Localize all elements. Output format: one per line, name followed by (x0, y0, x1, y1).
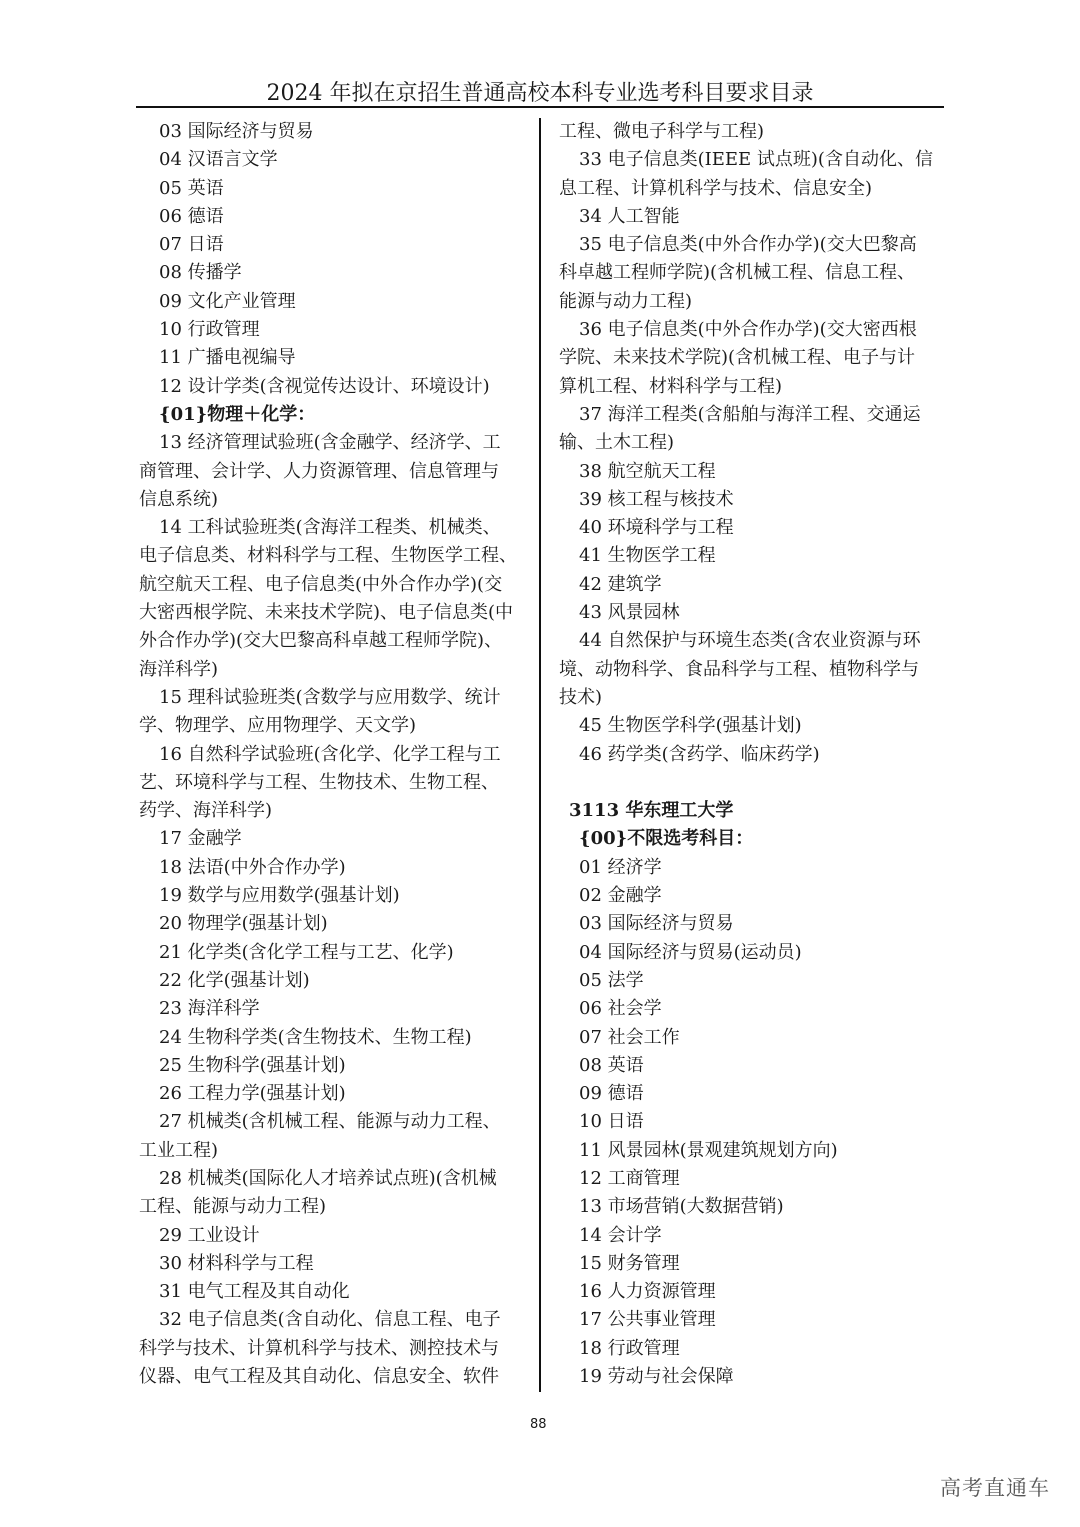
list-item: 技术) (559, 684, 943, 712)
list-item: 36 电子信息类(中外合作办学)(交大密西根 (559, 316, 943, 344)
list-item: 11 风景园林(景观建筑规划方向) (559, 1137, 943, 1165)
list-item: 工程、微电子科学与工程) (559, 118, 943, 146)
list-item: 13 市场营销(大数据营销) (559, 1193, 943, 1221)
list-item: 43 风景园林 (559, 599, 943, 627)
list-item: 15 财务管理 (559, 1250, 943, 1278)
list-item: 08 传播学 (139, 259, 523, 287)
list-item: 科学与技术、计算机科学与技术、测控技术与 (139, 1335, 523, 1363)
list-item: 14 会计学 (559, 1222, 943, 1250)
list-item: 03 国际经济与贸易 (139, 118, 523, 146)
list-item: 23 海洋科学 (139, 995, 523, 1023)
list-item: 35 电子信息类(中外合作办学)(交大巴黎高 (559, 231, 943, 259)
spacer (559, 769, 943, 797)
list-item: 算机工程、材料科学与工程) (559, 373, 943, 401)
list-item: 27 机械类(含机械工程、能源与动力工程、 (139, 1108, 523, 1136)
list-item: 09 德语 (559, 1080, 943, 1108)
list-item: 仪器、电气工程及其自动化、信息安全、软件 (139, 1363, 523, 1391)
list-item: 电子信息类、材料科学与工程、生物医学工程、 (139, 542, 523, 570)
list-item: 22 化学(强基计划) (139, 967, 523, 995)
list-item: 16 自然科学试验班(含化学、化学工程与工 (139, 741, 523, 769)
list-item: 12 工商管理 (559, 1165, 943, 1193)
list-item: 05 法学 (559, 967, 943, 995)
page-title: 2024 年拟在京招生普通高校本科专业选考科目要求目录 (136, 76, 944, 107)
list-item: 航空航天工程、电子信息类(中外合作办学)(交 (139, 571, 523, 599)
list-item: 30 材料科学与工程 (139, 1250, 523, 1278)
list-item: 14 工科试验班类(含海洋工程类、机械类、 (139, 514, 523, 542)
column-divider (539, 118, 541, 1392)
list-item: 输、土木工程) (559, 429, 943, 457)
list-item: 21 化学类(含化学工程与工艺、化学) (139, 939, 523, 967)
list-item: 10 行政管理 (139, 316, 523, 344)
list-item: 34 人工智能 (559, 203, 943, 231)
right-column: 工程、微电子科学与工程)33 电子信息类(IEEE 试点班)(含自动化、信息工程… (559, 118, 943, 1391)
list-item: 02 金融学 (559, 882, 943, 910)
list-item: 33 电子信息类(IEEE 试点班)(含自动化、信 (559, 146, 943, 174)
list-item: 药学、海洋科学) (139, 797, 523, 825)
list-item: 学、物理学、应用物理学、天文学) (139, 712, 523, 740)
list-item: 20 物理学(强基计划) (139, 910, 523, 938)
list-item: 31 电气工程及其自动化 (139, 1278, 523, 1306)
list-item: 19 劳动与社会保障 (559, 1363, 943, 1391)
list-item: 41 生物医学工程 (559, 542, 943, 570)
list-item: 11 广播电视编导 (139, 344, 523, 372)
list-item: 16 人力资源管理 (559, 1278, 943, 1306)
list-item: 44 自然保护与环境生态类(含农业资源与环 (559, 627, 943, 655)
list-item: 42 建筑学 (559, 571, 943, 599)
subject-group-heading: {00}不限选考科目： (559, 825, 943, 853)
list-item: 04 国际经济与贸易(运动员) (559, 939, 943, 967)
subject-group-heading: {01}物理＋化学： (139, 401, 523, 429)
page-number: 88 (530, 1417, 547, 1432)
watermark: 高考直通车 (940, 1472, 1050, 1502)
list-item: 25 生物科学(强基计划) (139, 1052, 523, 1080)
list-item: 26 工程力学(强基计划) (139, 1080, 523, 1108)
list-item: 45 生物医学科学(强基计划) (559, 712, 943, 740)
list-item: 29 工业设计 (139, 1222, 523, 1250)
list-item: 40 环境科学与工程 (559, 514, 943, 542)
list-item: 08 英语 (559, 1052, 943, 1080)
list-item: 39 核工程与核技术 (559, 486, 943, 514)
list-item: 28 机械类(国际化人才培养试点班)(含机械 (139, 1165, 523, 1193)
list-item: 46 药学类(含药学、临床药学) (559, 741, 943, 769)
list-item: 17 公共事业管理 (559, 1306, 943, 1334)
list-item: 19 数学与应用数学(强基计划) (139, 882, 523, 910)
list-item: 07 社会工作 (559, 1024, 943, 1052)
list-item: 艺、环境科学与工程、生物技术、生物工程、 (139, 769, 523, 797)
list-item: 03 国际经济与贸易 (559, 910, 943, 938)
list-item: 04 汉语言文学 (139, 146, 523, 174)
list-item: 外合作办学)(交大巴黎高科卓越工程师学院)、 (139, 627, 523, 655)
list-item: 能源与动力工程) (559, 288, 943, 316)
list-item: 07 日语 (139, 231, 523, 259)
list-item: 32 电子信息类(含自动化、信息工程、电子 (139, 1306, 523, 1334)
list-item: 24 生物科学类(含生物技术、生物工程) (139, 1024, 523, 1052)
list-item: 境、动物科学、食品科学与工程、植物科学与 (559, 656, 943, 684)
list-item: 18 法语(中外合作办学) (139, 854, 523, 882)
list-item: 学院、未来技术学院)(含机械工程、电子与计 (559, 344, 943, 372)
list-item: 海洋科学) (139, 656, 523, 684)
list-item: 13 经济管理试验班(含金融学、经济学、工 (139, 429, 523, 457)
list-item: 商管理、会计学、人力资源管理、信息管理与 (139, 458, 523, 486)
list-item: 01 经济学 (559, 854, 943, 882)
list-item: 17 金融学 (139, 825, 523, 853)
list-item: 息工程、计算机科学与技术、信息安全) (559, 175, 943, 203)
list-item: 12 设计学类(含视觉传达设计、环境设计) (139, 373, 523, 401)
university-heading: 3113 华东理工大学 (559, 797, 943, 825)
list-item: 工程、能源与动力工程) (139, 1193, 523, 1221)
list-item: 38 航空航天工程 (559, 458, 943, 486)
left-column: 03 国际经济与贸易04 汉语言文学05 英语06 德语07 日语08 传播学0… (139, 118, 523, 1391)
list-item: 06 德语 (139, 203, 523, 231)
list-item: 05 英语 (139, 175, 523, 203)
list-item: 37 海洋工程类(含船舶与海洋工程、交通运 (559, 401, 943, 429)
title-divider (136, 106, 944, 108)
list-item: 06 社会学 (559, 995, 943, 1023)
list-item: 18 行政管理 (559, 1335, 943, 1363)
list-item: 工业工程) (139, 1137, 523, 1165)
list-item: 15 理科试验班类(含数学与应用数学、统计 (139, 684, 523, 712)
list-item: 大密西根学院、未来技术学院)、电子信息类(中 (139, 599, 523, 627)
list-item: 信息系统) (139, 486, 523, 514)
list-item: 10 日语 (559, 1108, 943, 1136)
list-item: 09 文化产业管理 (139, 288, 523, 316)
list-item: 科卓越工程师学院)(含机械工程、信息工程、 (559, 259, 943, 287)
